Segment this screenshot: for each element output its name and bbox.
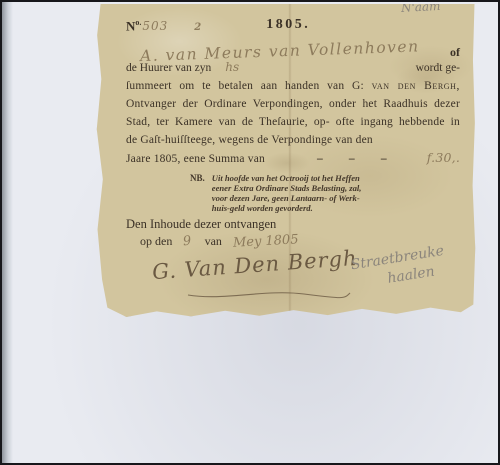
number-mark-handwritten: 2 [194, 22, 201, 33]
nb-line-4: huis-geld worden gevorderd. [212, 203, 313, 213]
addressee-suffix: of [450, 45, 460, 60]
number-value-handwritten: 503 [142, 19, 168, 33]
sum-line: Jaare 1805, eene Summa van – – – f.30,. [126, 149, 460, 168]
signature-area: G. Van Den Bergh Straetbreuke haalen [126, 249, 460, 323]
dash: – [349, 150, 355, 168]
dash: – [381, 150, 387, 168]
amount-handwritten: f.30,. [427, 149, 460, 167]
addressee-line: A. van Meurs van Vollenhoven of [126, 38, 460, 60]
ink-signature: G. Van Den Bergh [151, 246, 358, 284]
body-line-3: Stad, ter Kamere van de Theſaurie, op- o… [126, 113, 460, 131]
receipt-statement: Den Inhoude dezer ontvangen [126, 217, 460, 232]
receipt-day-handwritten: 9 [183, 234, 193, 250]
document-year: 1805. [266, 17, 310, 33]
body-line-1-text: ſummeert om te betalen aan handen van G: [126, 80, 364, 92]
nb-line-2: eener Extra Ordinare Stads Belasting, za… [212, 183, 362, 193]
receipt-op-den: op den [140, 234, 172, 248]
receipt-van: van [205, 234, 222, 248]
document-number: No.5032 [126, 18, 201, 34]
document-paper: N'aam No.5032 1805. A. van Meurs van Vol… [96, 4, 476, 317]
nb-line-1: Uit hoofde van het Octrooij tot het Heff… [212, 173, 360, 183]
nota-bene-block: NB. Uit hoofde van het Octrooij tot het … [190, 173, 422, 213]
scanned-document-frame: N'aam No.5032 1805. A. van Meurs van Vol… [0, 0, 500, 465]
nota-bene-label: NB. [190, 173, 205, 213]
body-line-2: Ontvanger der Ordinare Verpondingen, ond… [126, 95, 460, 113]
signature-flourish [184, 285, 354, 303]
nota-bene-text: Uit hoofde van het Octrooij tot het Heff… [212, 173, 362, 213]
tenant-line-right-text: wordt ge- [416, 62, 460, 74]
pencil-annotation: Straetbreuke haalen [350, 242, 449, 294]
nb-line-3: voor dezen Jare, geen Lantaarn- of Werk- [212, 193, 360, 203]
sum-line-text: Jaare 1805, eene Summa van [126, 150, 265, 168]
receiver-name-smallcaps: van den Bergh, [372, 80, 460, 92]
number-label-superscript: o. [135, 18, 141, 27]
body-line-1: ſummeert om te betalen aan handen van G:… [126, 77, 460, 95]
receipt-date-handwritten: Mey 1805 [233, 232, 299, 250]
document-header: No.5032 1805. [126, 10, 460, 38]
number-label: N [126, 18, 135, 33]
scanner-edge-shadow [2, 2, 13, 463]
sum-dashes: – – – [291, 150, 413, 168]
body-line-4: de Gaſt-huiſſteege, wegens de Verponding… [126, 131, 460, 149]
dash: – [317, 150, 323, 168]
